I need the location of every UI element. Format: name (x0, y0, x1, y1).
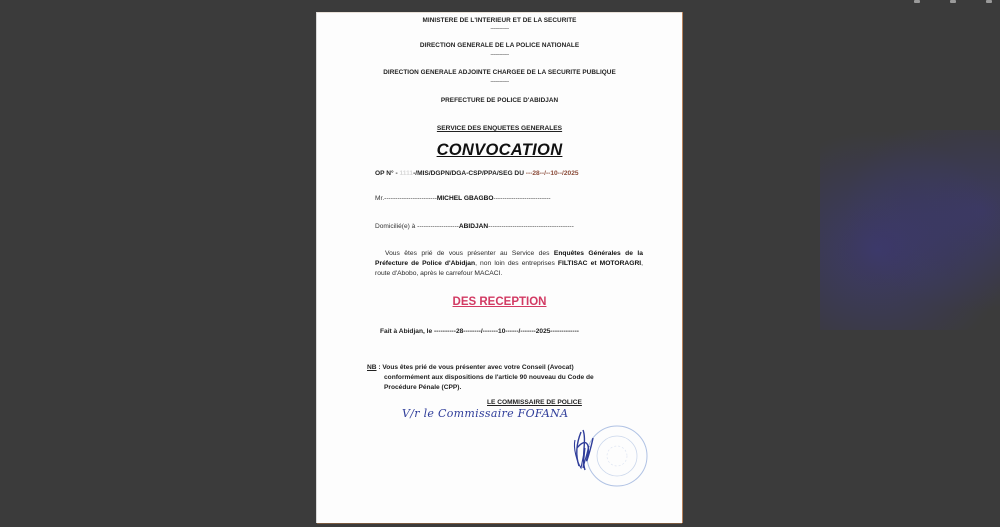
separator: -------------- (317, 26, 682, 32)
nb-text: : Vous êtes prié de vous présenter avec … (377, 364, 574, 371)
handwritten-note: V/r le Commissaire FOFANA (402, 407, 568, 420)
background-glow (820, 130, 1000, 330)
body-text: Vous êtes prié de vous présenter au Serv… (385, 250, 554, 257)
close-icon[interactable] (986, 0, 992, 3)
minimize-icon[interactable] (914, 0, 920, 3)
recipient-label: Mr. (375, 195, 384, 202)
signatory-title: LE COMMISSAIRE DE POLICE (487, 399, 582, 406)
document-title: CONVOCATION (317, 141, 682, 160)
fait-line: Fait à Abidjan, le ----------28--------/… (380, 328, 579, 335)
header-dgpn: DIRECTION GENERALE DE LA POLICE NATIONAL… (317, 42, 682, 49)
fait-label: Fait à Abidjan, le (380, 328, 434, 335)
op-reference: OP N° - 1111-/MIS/DGPN/DGA-CSP/PPA/SEG D… (375, 170, 579, 177)
recipient-line: Mr.------------------------MICHEL GBAGBO… (375, 195, 551, 202)
header-dga-csp: DIRECTION GENERALE ADJOINTE CHARGEE DE L… (317, 69, 682, 76)
domicile-line: Domicilié(e) à -------------------ABIDJA… (375, 223, 574, 230)
dots: --------------------------------------- (488, 223, 574, 230)
document-page: MINISTERE DE L'INTERIEUR ET DE LA SECURI… (317, 12, 682, 523)
header-ministry: MINISTERE DE L'INTERIEUR ET DE LA SECURI… (317, 17, 682, 24)
op-prefix: OP N° - (375, 170, 400, 177)
viewer-controls (914, 0, 992, 4)
reception-heading: DES RECEPTION (317, 296, 682, 308)
nb-text: conformément aux dispositions de l'artic… (367, 373, 657, 383)
domicile-value: ABIDJAN (459, 223, 488, 230)
op-date: ---28--/--10--/2025 (526, 170, 579, 177)
recipient-name: MICHEL GBAGBO (437, 195, 494, 202)
body-bold-companies: FILTISAC et MOTORAGRI (558, 260, 641, 267)
service-name: SERVICE DES ENQUETES GENERALES (317, 125, 682, 132)
body-text: , non loin des entreprises (475, 260, 558, 267)
nb-text: Procédure Pénale (CPP). (367, 383, 657, 393)
fait-date: ----------28--------/-------10------/---… (434, 328, 579, 335)
official-stamp-icon (567, 418, 667, 498)
dots: ------------------- (417, 223, 459, 230)
nb-label: NB (367, 364, 377, 371)
nb-note: NB : Vous êtes prié de vous présenter av… (367, 363, 657, 393)
dots: -------------------------- (494, 195, 551, 202)
op-reference-code: -/MIS/DGPN/DGA-CSP/PPA/SEG DU (413, 170, 526, 177)
domicile-label: Domicilié(e) à (375, 223, 417, 230)
maximize-icon[interactable] (950, 0, 956, 3)
separator: -------------- (317, 52, 682, 58)
header-prefecture: PREFECTURE DE POLICE D'ABIDJAN (317, 97, 682, 104)
dots: ------------------------ (384, 195, 437, 202)
body-paragraph: Vous êtes prié de vous présenter au Serv… (375, 249, 643, 279)
op-redacted-number: 1111 (400, 170, 414, 177)
separator: -------------- (317, 79, 682, 85)
